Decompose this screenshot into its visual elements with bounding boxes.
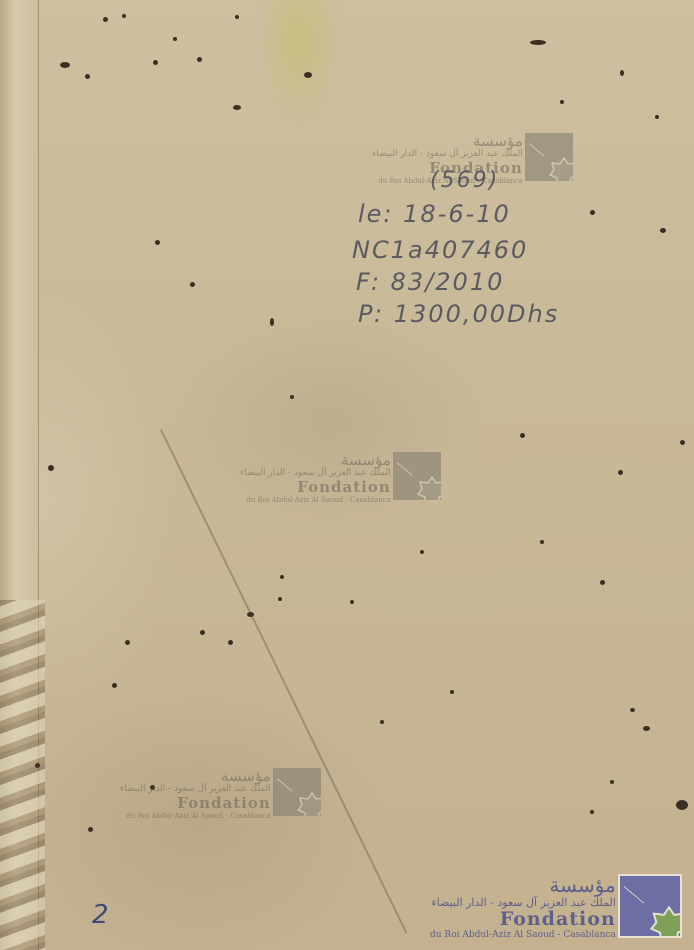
logo-arabic-title: مؤسسة: [549, 874, 615, 896]
watermark-arabic-title: مؤسسة: [221, 768, 271, 784]
watermark-arabic-title: مؤسسة: [341, 452, 391, 468]
shelf-number-note: (569): [430, 168, 499, 193]
foundation-logo-icon: [393, 452, 441, 500]
foundation-watermark-lower: مؤسسة الملك عبد العزيز آل سعود - الدار ا…: [120, 768, 321, 821]
watermark-french-subtitle: du Roi Abdul-Aziz Al Saoud - Casablanca: [126, 812, 270, 821]
price-note: P: 1300,00Dhs: [358, 300, 559, 328]
reference-note: NC1a407460: [352, 236, 528, 264]
torn-edge: [0, 600, 45, 950]
invoice-note: F: 83/2010: [356, 268, 504, 296]
watermark-french-subtitle: du Roi Abdul-Aziz Al Saoud - Casablanca: [246, 496, 390, 505]
manuscript-cover-page: مؤسسة الملك عبد العزيز آل سعود - الدار ا…: [0, 0, 694, 950]
watermark-arabic-title: مؤسسة: [473, 133, 523, 149]
corner-number-mark: 2: [92, 900, 111, 930]
date-note: le: 18-6-10: [358, 200, 511, 228]
foundation-logo-icon: [618, 874, 682, 938]
logo-french-title: Fondation: [500, 909, 616, 930]
foundation-watermark-center: مؤسسة الملك عبد العزيز آل سعود - الدار ا…: [240, 452, 441, 505]
foundation-logo-icon: [273, 768, 321, 816]
foundation-logo-icon: [525, 133, 573, 181]
foundation-logo-stamp: مؤسسة الملك عبد العزيز آل سعود - الدار ا…: [430, 874, 682, 941]
watermark-french-title: Fondation: [177, 795, 271, 812]
watermark-french-title: Fondation: [297, 479, 391, 496]
logo-french-subtitle: du Roi Abdul-Aziz Al Saoud - Casablanca: [430, 930, 616, 941]
